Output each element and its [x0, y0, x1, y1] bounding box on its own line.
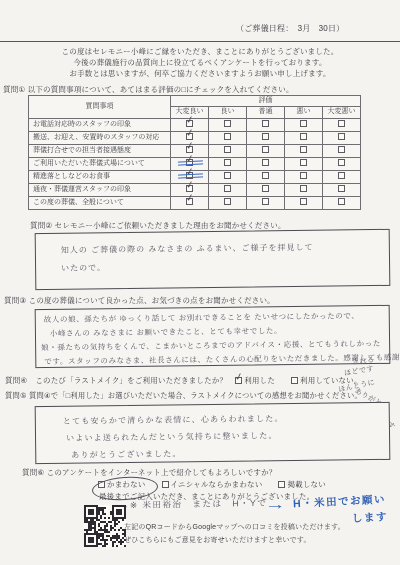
checkbox-icon[interactable] [262, 146, 269, 153]
rating-checkbox-cell[interactable] [209, 184, 247, 197]
text-line: です。スタッフのみなさま、社長さんには、たくさんの心配りをいただきました。感謝し… [44, 351, 389, 369]
checkbox-icon[interactable] [224, 198, 231, 205]
rating-checkbox-cell[interactable] [247, 119, 285, 132]
intro-text: この度はセレモニー小峰にご縁をいただき、まことにありがとうございました。今後の葬… [0, 46, 400, 79]
column-header-rating: 評価 [171, 96, 361, 107]
rating-checkbox-cell[interactable] [247, 171, 285, 184]
checkbox-icon[interactable]: ✓ [186, 120, 193, 127]
question3-line: 質問③ この度の葬儀について良かった点、お気づきの点をお聞かせください。 [4, 296, 275, 305]
qr-caption-2: ぜひこちらにもご意見をお寄せいただけますと幸いです。 [124, 537, 311, 546]
table-row: この度の葬儀、全般について✓ [29, 197, 361, 210]
survey-page: （ご葬儀日程： 3月 30日） この度はセレモニー小峰にご縁をいただき、まことに… [0, 0, 400, 565]
rating-checkbox-cell[interactable]: ✓ [171, 197, 209, 210]
checkbox-icon[interactable] [262, 185, 269, 192]
checkbox-icon[interactable] [291, 377, 298, 384]
checkbox-icon[interactable] [224, 146, 231, 153]
rating-checkbox-cell[interactable] [247, 158, 285, 171]
checkbox-icon[interactable] [300, 133, 307, 140]
handwritten-check-mark: ✓ [185, 193, 195, 205]
rating-table-body: お電話対応時のスタッフの印象✓搬送、お迎え、安置時のスタッフの対応✓葬儀打合せで… [29, 119, 361, 210]
handwritten-check-mark: ✓ [234, 372, 244, 384]
rating-checkbox-cell[interactable] [209, 145, 247, 158]
survey-option[interactable]: 掲載しない [278, 480, 326, 489]
qr-caption-1: 左記のQRコードからGoogleマップへの口コミを投稿いただけます。 [124, 524, 345, 533]
table-row: お電話対応時のスタッフの印象✓ [29, 119, 361, 132]
checkbox-icon[interactable] [224, 185, 231, 192]
rating-checkbox-cell[interactable] [285, 184, 323, 197]
checkbox-icon[interactable] [338, 172, 345, 179]
rating-checkbox-cell[interactable] [323, 132, 361, 145]
checkbox-icon[interactable] [338, 185, 345, 192]
rating-checkbox-cell[interactable] [285, 158, 323, 171]
question5-line: 質問⑤ 質問④で「□利用した」お選びいただいた場合、ラストメイクについての感想を… [5, 391, 362, 400]
checkbox-icon[interactable] [278, 481, 285, 488]
checkbox-icon[interactable] [338, 159, 345, 166]
question2-line: 質問② セレモニー小峰にご依頼いただきました理由をお聞かせください。 [30, 221, 286, 230]
checkbox-icon[interactable] [162, 481, 169, 488]
checkbox-icon[interactable] [224, 159, 231, 166]
question-item-label: 通夜・葬儀運営スタッフの印象 [29, 184, 171, 197]
rating-checkbox-cell[interactable] [209, 171, 247, 184]
checkbox-icon[interactable] [224, 133, 231, 140]
question5-answer-box[interactable]: とても安らかで清らかな表情に、心あらわれました。いよいよ送られたんだという気持ち… [35, 402, 391, 464]
rating-checkbox-cell[interactable] [285, 171, 323, 184]
checkbox-icon[interactable] [262, 133, 269, 140]
checkbox-icon[interactable] [262, 172, 269, 179]
rating-checkbox-cell[interactable] [323, 145, 361, 158]
text-line: ありがとうございました。 [71, 443, 389, 464]
checkbox-icon[interactable] [300, 198, 307, 205]
checkbox-icon[interactable]: ✓ [186, 172, 193, 179]
question-item-label: ご利用いただいた葬儀式場について [29, 158, 171, 171]
handwritten-check-mark: ✓ [185, 128, 195, 140]
checkbox-icon[interactable] [338, 133, 345, 140]
rating-checkbox-cell[interactable] [285, 145, 323, 158]
rating-table: 質問事項 評価 大変良い良い普通悪い大変悪い お電話対応時のスタッフの印象✓搬送… [28, 95, 361, 210]
rating-checkbox-cell[interactable] [285, 119, 323, 132]
checkbox-icon[interactable] [300, 120, 307, 127]
question-item-label: お電話対応時のスタッフの印象 [29, 119, 171, 132]
question3-answer-box[interactable]: 故人の娘、孫たちが ゆっくり話して お別れできることを たいせつにしたかったので… [35, 305, 391, 368]
rating-checkbox-cell[interactable] [247, 184, 285, 197]
survey-option[interactable]: イニシャルならかまわない [162, 480, 263, 489]
rating-checkbox-cell[interactable] [323, 158, 361, 171]
rating-checkbox-cell[interactable] [209, 119, 247, 132]
checkbox-icon[interactable] [300, 172, 307, 179]
question-item-label: 搬送、お迎え、安置時のスタッフの対応 [29, 132, 171, 145]
checkbox-icon[interactable] [338, 198, 345, 205]
question4-line: 質問④ このたび「ラストメイク」をご利用いただきましたか？ ✓利用した利用してい… [5, 376, 362, 385]
rating-column-header: 大変悪い [323, 107, 361, 119]
table-row: 葬儀打合せでの担当者接遇態度✓ [29, 145, 361, 158]
checkbox-icon[interactable] [262, 159, 269, 166]
question4-label: 質問④ [5, 376, 27, 385]
survey-option[interactable]: 利用していない。 [291, 376, 362, 385]
text-line: この度はセレモニー小峰にご縁をいただき、まことにありがとうございました。 [0, 46, 400, 57]
question5-prompt: 質問④で「□利用した」お選びいただいた場合、ラストメイクについての感想をお聞かせ… [29, 391, 362, 400]
blue-reply-note-line2: します [352, 511, 389, 526]
option-label: 利用した [244, 376, 275, 385]
funeral-date-label: （ご葬儀日程： 3月 30日） [236, 24, 344, 34]
question3-prompt: この度の葬儀について良かった点、お気づきの点をお聞かせください。 [29, 296, 275, 305]
option-label: イニシャルならかまわない [171, 480, 263, 489]
question2-prompt: セレモニー小峰にご依頼いただきました理由をお聞かせください。 [55, 221, 286, 230]
checkbox-icon[interactable]: ✓ [186, 185, 193, 192]
question6-line: 質問⑥ このアンケートをインターネット上で紹介してもよろしいですか？ [22, 468, 277, 477]
checkbox-icon[interactable] [262, 120, 269, 127]
question-item-label: この度の葬儀、全般について [29, 197, 171, 210]
question5-label: 質問⑤ [5, 391, 27, 400]
rating-column-header: 良い [209, 107, 247, 119]
checkbox-icon[interactable] [300, 146, 307, 153]
rating-checkbox-cell[interactable] [247, 132, 285, 145]
header-divider [0, 41, 400, 42]
checkbox-icon[interactable] [224, 120, 231, 127]
question6-label: 質問⑥ [22, 468, 44, 477]
rating-checkbox-cell[interactable] [209, 132, 247, 145]
handwritten-check-mark: ✓ [185, 115, 195, 127]
checkbox-icon[interactable] [338, 120, 345, 127]
checkbox-icon[interactable] [224, 172, 231, 179]
table-row: 精進落としなどのお食事✓ [29, 171, 361, 184]
checkbox-icon[interactable]: ✓ [235, 377, 242, 384]
table-row: 搬送、お迎え、安置時のスタッフの対応✓ [29, 132, 361, 145]
qr-code [84, 505, 126, 547]
rating-checkbox-cell[interactable] [209, 197, 247, 210]
rating-checkbox-cell[interactable] [323, 184, 361, 197]
column-header-items: 質問事項 [29, 96, 171, 119]
option-label: 掲載しない [287, 480, 326, 489]
table-row: ご利用いただいた葬儀式場について✓ [29, 158, 361, 171]
checkbox-icon[interactable] [262, 198, 269, 205]
handwritten-name-note: →※ 米田裕治 または H・Yで [120, 498, 267, 511]
question4-prompt: このたび「ラストメイク」をご利用いただきましたか？ [35, 376, 227, 385]
text-line: 今後の葬儀施行の品質向上に役立てるべくアンケートを行っております。 [0, 57, 400, 68]
checkbox-icon[interactable]: ✓ [186, 146, 193, 153]
option-label: 利用していない。 [300, 376, 362, 385]
rating-checkbox-cell[interactable] [323, 119, 361, 132]
blue-arrow-icon: → [265, 496, 286, 514]
question2-label: 質問② [30, 221, 52, 230]
text-line: お手数とは思いますが、何卒ご協力くださいますようお願い申し上げます。 [0, 68, 400, 79]
question-item-label: 精進落としなどのお食事 [29, 171, 171, 184]
checkbox-icon[interactable]: ✓ [186, 133, 193, 140]
survey-option[interactable]: ✓利用した [235, 376, 275, 385]
checkbox-icon[interactable] [300, 185, 307, 192]
rating-checkbox-cell[interactable] [285, 132, 323, 145]
question4-options: ✓利用した利用していない。 [235, 376, 361, 385]
question1-line: 質問① 以下の質問事項について、あてはまる評価の□にチェックを入れてください。 [3, 85, 294, 94]
question6-prompt: このアンケートをインターネット上で紹介してもよろしいですか？ [47, 468, 277, 477]
question2-answer-box[interactable]: 知人の ご葬儀の際の みなさまの ふるまい、ご様子を拝見していたので。 [35, 229, 391, 290]
blue-strike-mark [178, 173, 203, 178]
rating-column-header: 普通 [247, 107, 285, 119]
question3-label: 質問③ [4, 296, 26, 305]
rating-column-header: 悪い [285, 107, 323, 119]
checkbox-icon[interactable] [300, 159, 307, 166]
rating-checkbox-cell[interactable] [285, 197, 323, 210]
rating-checkbox-cell[interactable] [323, 171, 361, 184]
handwritten-check-mark: ✓ [185, 141, 195, 153]
question1-prompt: 以下の質問事項について、あてはまる評価の□にチェックを入れてください。 [28, 85, 294, 94]
rating-checkbox-cell[interactable] [323, 197, 361, 210]
table-row: 通夜・葬儀運営スタッフの印象✓ [29, 184, 361, 197]
rating-checkbox-cell[interactable] [209, 158, 247, 171]
checkbox-icon[interactable]: ✓ [186, 159, 193, 166]
blue-strike-mark [178, 160, 203, 165]
rating-checkbox-cell[interactable] [247, 145, 285, 158]
rating-checkbox-cell[interactable] [247, 197, 285, 210]
question-item-label: 葬儀打合せでの担当者接遇態度 [29, 145, 171, 158]
question1-label: 質問① [3, 85, 25, 94]
checkbox-icon[interactable] [338, 146, 345, 153]
handwritten-check-mark: ✓ [185, 180, 195, 192]
checkbox-icon[interactable]: ✓ [186, 198, 193, 205]
